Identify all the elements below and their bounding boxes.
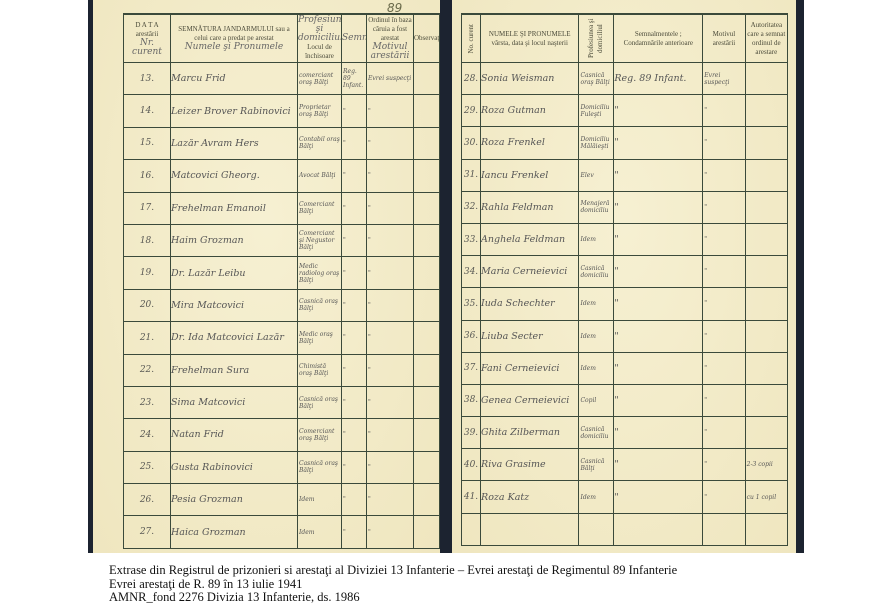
arrest-reason: " xyxy=(703,223,745,255)
arrest-reason: " xyxy=(703,95,745,127)
signing-authority xyxy=(745,63,787,95)
row-number: 41. xyxy=(462,481,481,513)
table-row: 25.Gusta RabinoviciCasnică oraş Bălţi"" xyxy=(124,451,440,483)
signing-authority: cu 1 copil xyxy=(745,481,787,513)
row-number: 15. xyxy=(124,127,171,159)
arrest-reason: " xyxy=(367,257,414,289)
caption: Extrase din Registrul de prizonieri si a… xyxy=(109,564,677,605)
table-row: 16.Matcovici Gheorg.Avocat Bălţi"" xyxy=(124,160,440,192)
observations xyxy=(414,386,440,418)
signing-authority: 2-3 copii xyxy=(745,449,787,481)
profession-domicile: Casnică domiciliu xyxy=(579,417,614,449)
arrest-reason: " xyxy=(367,192,414,224)
caption-line-2: Evrei arestaţi de R. 89 în 13 iulie 1941 xyxy=(109,578,677,592)
table-row: 24.Natan FridComerciant oraş Bălţi"" xyxy=(124,419,440,451)
table-row: 15.Lazăr Avram HersContabil oraş Bălţi"" xyxy=(124,127,440,159)
person-name: Leizer Brover Rabinovici xyxy=(171,95,298,127)
table-row: 32.Rahla FeldmanMenajeră domiciliu"" xyxy=(462,191,788,223)
profession-domicile: comerciant oraş Bălţi xyxy=(298,63,342,95)
signing-authority xyxy=(745,288,787,320)
profession-domicile: Idem xyxy=(579,481,614,513)
arrest-reason: " xyxy=(367,451,414,483)
header-profession: Profesiunea şi domiciliul xyxy=(579,14,614,63)
arrest-order: Reg. 89 Infant. xyxy=(614,63,703,95)
arrest-order: " xyxy=(614,449,703,481)
table-row: 39.Ghita ZilbermanCasnică domiciliu"" xyxy=(462,417,788,449)
row-number: 30. xyxy=(462,127,481,159)
arrest-reason xyxy=(703,513,745,545)
profession-domicile: Contabil oraş Bălţi xyxy=(298,127,342,159)
profession-domicile: Domiciliu Fuleşti xyxy=(579,95,614,127)
header-signs: Semnalmentele ; Condamnările anterioare xyxy=(614,14,703,63)
profession-domicile: Casnică oraş Bălţi xyxy=(298,451,342,483)
row-number: 33. xyxy=(462,223,481,255)
observations xyxy=(414,419,440,451)
person-name: Haica Grozman xyxy=(171,516,298,548)
table-row: 41.Roza KatzIdem""cu 1 copil xyxy=(462,481,788,513)
person-name: Dr. Lazăr Leibu xyxy=(171,257,298,289)
profession-domicile: Menajeră domiciliu xyxy=(579,191,614,223)
observations xyxy=(414,516,440,548)
header-signature: SEMNĂTURA JANDARMULUI sau a celui care a… xyxy=(171,14,298,63)
arrest-order: " xyxy=(342,516,367,548)
signing-authority xyxy=(745,191,787,223)
row-number: 13. xyxy=(124,63,171,95)
profession-domicile: Comerciant oraş Bălţi xyxy=(298,419,342,451)
header-authority: Autoritatea care a semnat ordinul de are… xyxy=(745,14,787,63)
row-number: 40. xyxy=(462,449,481,481)
profession-domicile xyxy=(579,513,614,545)
profession-domicile: Comerciant şi Negustor Bălţi xyxy=(298,224,342,256)
table-row: 23.Sima MatcoviciCasnică oraş Bălţi"" xyxy=(124,386,440,418)
signing-authority xyxy=(745,352,787,384)
profession-domicile: Idem xyxy=(298,516,342,548)
person-name: Genea Cerneievici xyxy=(481,384,579,416)
profession-domicile: Idem xyxy=(579,223,614,255)
left-register-table: D A T A arestăriiNr. curent SEMNĂTURA JA… xyxy=(123,13,440,549)
profession-domicile: Idem xyxy=(579,288,614,320)
arrest-order: " xyxy=(342,192,367,224)
table-row: 22.Frehelman SuraChimistă oraş Bălţi"" xyxy=(124,354,440,386)
person-name: Pesia Grozman xyxy=(171,484,298,516)
observations xyxy=(414,160,440,192)
arrest-order: " xyxy=(614,384,703,416)
table-row: 28.Sonia WeismanCasnică oraş BălţiReg. 8… xyxy=(462,63,788,95)
arrest-reason: Evrei suspecţi xyxy=(703,63,745,95)
person-name: Mira Matcovici xyxy=(171,289,298,321)
arrest-reason: " xyxy=(367,484,414,516)
observations xyxy=(414,192,440,224)
profession-domicile: Proprietar oraş Bălţi xyxy=(298,95,342,127)
arrest-order: " xyxy=(342,322,367,354)
arrest-order: " xyxy=(342,160,367,192)
observations xyxy=(414,257,440,289)
person-name: Ghita Zilberman xyxy=(481,417,579,449)
person-name: Lazăr Avram Hers xyxy=(171,127,298,159)
arrest-reason: " xyxy=(367,160,414,192)
signing-authority xyxy=(745,384,787,416)
person-name: Riva Grasime xyxy=(481,449,579,481)
arrest-reason: " xyxy=(367,419,414,451)
profession-domicile: Medic radiolog oraş Bălţi xyxy=(298,257,342,289)
left-header-row: D A T A arestăriiNr. curent SEMNĂTURA JA… xyxy=(124,14,440,63)
table-row: 29.Roza GutmanDomiciliu Fuleşti"" xyxy=(462,95,788,127)
profession-domicile: Casnică oraş Bălţi xyxy=(579,63,614,95)
profession-domicile: Casnică domiciliu xyxy=(579,256,614,288)
signing-authority xyxy=(745,127,787,159)
row-number: 23. xyxy=(124,386,171,418)
row-number: 17. xyxy=(124,192,171,224)
person-name: Natan Frid xyxy=(171,419,298,451)
arrest-reason: " xyxy=(703,159,745,191)
row-number: 21. xyxy=(124,322,171,354)
table-row: 26.Pesia GrozmanIdem"" xyxy=(124,484,440,516)
arrest-order: " xyxy=(342,354,367,386)
table-row: 37.Fani CerneieviciIdem"" xyxy=(462,352,788,384)
row-number: 27. xyxy=(124,516,171,548)
observations xyxy=(414,95,440,127)
table-row: 17.Frehelman EmanoilComerciant Bălţi"" xyxy=(124,192,440,224)
signing-authority xyxy=(745,95,787,127)
observations xyxy=(414,289,440,321)
person-name: Matcovici Gheorg. xyxy=(171,160,298,192)
table-row: 34.Maria CerneieviciCasnică domiciliu"" xyxy=(462,256,788,288)
person-name: Liuba Secter xyxy=(481,320,579,352)
person-name: Frehelman Sura xyxy=(171,354,298,386)
arrest-reason: " xyxy=(367,354,414,386)
signing-authority xyxy=(745,513,787,545)
person-name: Iancu Frenkel xyxy=(481,159,579,191)
profession-domicile: Elev xyxy=(579,159,614,191)
arrest-order: " xyxy=(342,289,367,321)
table-row: 40.Riva GrasimeCasnică Bălţi""2-3 copii xyxy=(462,449,788,481)
row-number: 38. xyxy=(462,384,481,416)
arrest-reason: " xyxy=(703,288,745,320)
arrest-order: " xyxy=(342,95,367,127)
arrest-order: " xyxy=(614,256,703,288)
table-row: 33.Anghela FeldmanIdem"" xyxy=(462,223,788,255)
profession-domicile: Comerciant Bălţi xyxy=(298,192,342,224)
row-number: 29. xyxy=(462,95,481,127)
person-name: Roza Gutman xyxy=(481,95,579,127)
row-number: 24. xyxy=(124,419,171,451)
header-reason: Motivul arestării xyxy=(703,14,745,63)
arrest-order: " xyxy=(614,159,703,191)
person-name: Anghela Feldman xyxy=(481,223,579,255)
arrest-reason: " xyxy=(703,256,745,288)
row-number: 19. xyxy=(124,257,171,289)
person-name: Iuda Schechter xyxy=(481,288,579,320)
observations xyxy=(414,224,440,256)
row-number: 31. xyxy=(462,159,481,191)
profession-domicile: Casnică oraş Bălţi xyxy=(298,386,342,418)
arrest-order: " xyxy=(614,417,703,449)
profession-domicile: Copil xyxy=(579,384,614,416)
signing-authority xyxy=(745,417,787,449)
signing-authority xyxy=(745,320,787,352)
profession-domicile: Idem xyxy=(298,484,342,516)
signing-authority xyxy=(745,223,787,255)
person-name: Frehelman Emanoil xyxy=(171,192,298,224)
table-row: 31.Iancu FrenkelElev"" xyxy=(462,159,788,191)
caption-line-1: Extrase din Registrul de prizonieri si a… xyxy=(109,564,677,578)
row-number: 20. xyxy=(124,289,171,321)
profession-domicile: Chimistă oraş Bălţi xyxy=(298,354,342,386)
row-number: 37. xyxy=(462,352,481,384)
person-name: Haim Grozman xyxy=(171,224,298,256)
row-number: 25. xyxy=(124,451,171,483)
row-number: 22. xyxy=(124,354,171,386)
profession-domicile: Avocat Bălţi xyxy=(298,160,342,192)
observations xyxy=(414,127,440,159)
arrest-reason: " xyxy=(703,449,745,481)
person-name: Maria Cerneievici xyxy=(481,256,579,288)
table-row: 38.Genea CerneieviciCopil"" xyxy=(462,384,788,416)
observations xyxy=(414,322,440,354)
arrest-order: " xyxy=(342,127,367,159)
person-name: Sonia Weisman xyxy=(481,63,579,95)
profession-domicile: Casnică oraş Bălţi xyxy=(298,289,342,321)
row-number: 18. xyxy=(124,224,171,256)
row-number: 14. xyxy=(124,95,171,127)
person-name: Roza Katz xyxy=(481,481,579,513)
arrest-order: " xyxy=(614,288,703,320)
arrest-order: " xyxy=(342,257,367,289)
person-name: Gusta Rabinovici xyxy=(171,451,298,483)
arrest-order: Reg. 89 Infant. xyxy=(342,63,367,95)
row-number: 16. xyxy=(124,160,171,192)
table-row: 14.Leizer Brover RabinoviciProprietar or… xyxy=(124,95,440,127)
table-row: 21.Dr. Ida Matcovici LazărMedic oraş Băl… xyxy=(124,322,440,354)
arrest-order: " xyxy=(342,419,367,451)
arrest-reason: " xyxy=(703,127,745,159)
row-number: 26. xyxy=(124,484,171,516)
profession-domicile: Idem xyxy=(579,320,614,352)
row-number: 35. xyxy=(462,288,481,320)
row-number: 32. xyxy=(462,191,481,223)
arrest-order: " xyxy=(342,451,367,483)
table-row: 18.Haim GrozmanComerciant şi Negustor Bă… xyxy=(124,224,440,256)
arrest-reason: Evrei suspecţi xyxy=(367,63,414,95)
row-number: 39. xyxy=(462,417,481,449)
arrest-reason: " xyxy=(703,417,745,449)
arrest-reason: " xyxy=(367,322,414,354)
arrest-reason: " xyxy=(703,384,745,416)
arrest-reason: " xyxy=(367,224,414,256)
person-name: Sima Matcovici xyxy=(171,386,298,418)
header-observations: Observaţii xyxy=(414,14,440,63)
header-order: Ordinul în baza căruia a fost arestatMot… xyxy=(367,14,414,63)
arrest-reason: " xyxy=(703,352,745,384)
header-place: Profesiunea şi domiciliulLocul de închis… xyxy=(298,14,342,63)
observations xyxy=(414,451,440,483)
table-row: 19.Dr. Lazăr LeibuMedic radiolog oraş Bă… xyxy=(124,257,440,289)
arrest-reason: " xyxy=(367,127,414,159)
arrest-order: " xyxy=(342,484,367,516)
profession-domicile: Casnică Bălţi xyxy=(579,449,614,481)
table-row: 13.Marcu Fridcomerciant oraş BălţiReg. 8… xyxy=(124,63,440,95)
arrest-reason: " xyxy=(367,516,414,548)
table-row: 20.Mira MatcoviciCasnică oraş Bălţi"" xyxy=(124,289,440,321)
signing-authority xyxy=(745,159,787,191)
row-number: 34. xyxy=(462,256,481,288)
person-name: Fani Cerneievici xyxy=(481,352,579,384)
arrest-order: " xyxy=(614,320,703,352)
arrest-order: " xyxy=(614,481,703,513)
right-register-table: No. curent NUMELE ŞI PRONUMELE vârsta, d… xyxy=(461,13,788,546)
person-name: Dr. Ida Matcovici Lazăr xyxy=(171,322,298,354)
table-row: 36.Liuba SecterIdem"" xyxy=(462,320,788,352)
person-name: Marcu Frid xyxy=(171,63,298,95)
arrest-reason: " xyxy=(703,191,745,223)
table-row: 35.Iuda SchechterIdem"" xyxy=(462,288,788,320)
row-number: 36. xyxy=(462,320,481,352)
arrest-order: " xyxy=(342,224,367,256)
arrest-order: " xyxy=(614,127,703,159)
arrest-order xyxy=(614,513,703,545)
right-header-row: No. curent NUMELE ŞI PRONUMELE vârsta, d… xyxy=(462,14,788,63)
person-name xyxy=(481,513,579,545)
table-row: 27.Haica GrozmanIdem"" xyxy=(124,516,440,548)
header-date: D A T A arestăriiNr. curent xyxy=(124,14,171,63)
arrest-order: " xyxy=(614,95,703,127)
signing-authority xyxy=(745,256,787,288)
arrest-reason: " xyxy=(367,386,414,418)
table-row xyxy=(462,513,788,545)
person-name: Roza Frenkel xyxy=(481,127,579,159)
person-name: Rahla Feldman xyxy=(481,191,579,223)
caption-line-3: AMNR_fond 2276 Divizia 13 Infanterie, ds… xyxy=(109,591,677,605)
arrest-order: " xyxy=(614,191,703,223)
row-number: 28. xyxy=(462,63,481,95)
arrest-order: " xyxy=(614,223,703,255)
arrest-order: " xyxy=(614,352,703,384)
arrest-order: " xyxy=(342,386,367,418)
table-row: 30.Roza FrenkelDomiciliu Mălăieşti"" xyxy=(462,127,788,159)
header-signs: Semnalmentele xyxy=(342,14,367,63)
header-name: NUMELE ŞI PRONUMELE vârsta, data şi locu… xyxy=(481,14,579,63)
observations xyxy=(414,354,440,386)
arrest-reason: " xyxy=(703,481,745,513)
header-no: No. curent xyxy=(462,14,481,63)
arrest-reason: " xyxy=(703,320,745,352)
observations xyxy=(414,484,440,516)
observations xyxy=(414,63,440,95)
profession-domicile: Domiciliu Mălăieşti xyxy=(579,127,614,159)
profession-domicile: Idem xyxy=(579,352,614,384)
row-number xyxy=(462,513,481,545)
arrest-reason: " xyxy=(367,289,414,321)
profession-domicile: Medic oraş Bălţi xyxy=(298,322,342,354)
arrest-reason: " xyxy=(367,95,414,127)
